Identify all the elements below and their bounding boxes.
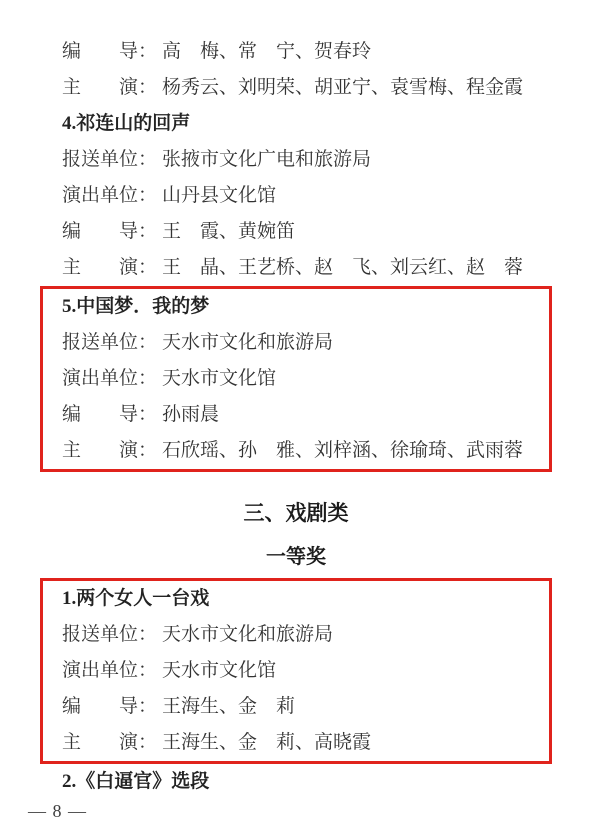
submit-unit-value: 天水市文化和旅游局 xyxy=(162,332,333,353)
submit-unit-row: 报送单位：张掖市文化广电和旅游局 xyxy=(40,142,552,178)
director-names: 孙雨晨 xyxy=(162,404,219,425)
entry-title: 4.祁连山的回声 xyxy=(40,106,552,142)
submit-unit-label: 报送单位： xyxy=(62,149,157,170)
document-page: 编 导：高 梅、常 宁、贺春玲 主 演：杨秀云、刘明荣、胡亚宁、袁雪梅、程金霞 … xyxy=(0,0,590,800)
cast-names: 杨秀云、刘明荣、胡亚宁、袁雪梅、程金霞 xyxy=(162,77,523,98)
section-heading: 三、戏剧类 xyxy=(40,498,552,528)
perform-unit-row: 演出单位：天水市文化馆 xyxy=(43,653,549,689)
director-names: 王 霞、黄婉笛 xyxy=(162,221,295,242)
cast-row: 主 演：石欣瑶、孙 雅、刘梓涵、徐瑜琦、武雨蓉 xyxy=(43,433,549,469)
entry-title: 2.《白逼官》选段 xyxy=(40,764,552,800)
submit-unit-label: 报送单位： xyxy=(62,624,157,645)
perform-unit-value: 山丹县文化馆 xyxy=(162,185,276,206)
director-label: 编 导： xyxy=(62,404,157,425)
highlight-box-entry-1: 1.两个女人一台戏 报送单位：天水市文化和旅游局 演出单位：天水市文化馆 编 导… xyxy=(40,578,552,764)
submit-unit-value: 天水市文化和旅游局 xyxy=(162,624,333,645)
perform-unit-row: 演出单位：天水市文化馆 xyxy=(43,361,549,397)
cast-names: 石欣瑶、孙 雅、刘梓涵、徐瑜琦、武雨蓉 xyxy=(162,440,523,461)
perform-unit-label: 演出单位： xyxy=(62,660,157,681)
cast-row: 主 演：王海生、金 莉、高晓霞 xyxy=(43,725,549,761)
entry-title: 1.两个女人一台戏 xyxy=(43,581,549,617)
submit-unit-value: 张掖市文化广电和旅游局 xyxy=(162,149,371,170)
perform-unit-label: 演出单位： xyxy=(62,368,157,389)
carryover-cast-row: 主 演：杨秀云、刘明荣、胡亚宁、袁雪梅、程金霞 xyxy=(40,70,552,106)
director-names: 高 梅、常 宁、贺春玲 xyxy=(162,41,371,62)
submit-unit-row: 报送单位：天水市文化和旅游局 xyxy=(43,325,549,361)
director-row: 编 导：王 霞、黄婉笛 xyxy=(40,214,552,250)
submit-unit-row: 报送单位：天水市文化和旅游局 xyxy=(43,617,549,653)
director-label: 编 导： xyxy=(62,221,157,242)
page-number: — 8 — xyxy=(28,801,87,822)
perform-unit-value: 天水市文化馆 xyxy=(162,368,276,389)
perform-unit-value: 天水市文化馆 xyxy=(162,660,276,681)
lead-cast-label: 主 演： xyxy=(62,77,157,98)
cast-names: 王 晶、王艺桥、赵 飞、刘云红、赵 蓉 xyxy=(162,257,523,278)
cast-row: 主 演：王 晶、王艺桥、赵 飞、刘云红、赵 蓉 xyxy=(40,250,552,286)
entry-title: 5.中国梦．我的梦 xyxy=(43,289,549,325)
lead-cast-label: 主 演： xyxy=(62,257,157,278)
director-names: 王海生、金 莉 xyxy=(162,696,295,717)
director-row: 编 导：王海生、金 莉 xyxy=(43,689,549,725)
lead-cast-label: 主 演： xyxy=(62,732,157,753)
cast-names: 王海生、金 莉、高晓霞 xyxy=(162,732,371,753)
director-row: 编 导：孙雨晨 xyxy=(43,397,549,433)
perform-unit-label: 演出单位： xyxy=(62,185,157,206)
perform-unit-row: 演出单位：山丹县文化馆 xyxy=(40,178,552,214)
scanned-document-page: { "colors": { "highlight_red": "#e0231c"… xyxy=(0,0,590,835)
submit-unit-label: 报送单位： xyxy=(62,332,157,353)
director-label: 编 导： xyxy=(62,41,157,62)
carryover-director-row: 编 导：高 梅、常 宁、贺春玲 xyxy=(40,34,552,70)
highlight-box-entry-5: 5.中国梦．我的梦 报送单位：天水市文化和旅游局 演出单位：天水市文化馆 编 导… xyxy=(40,286,552,472)
director-label: 编 导： xyxy=(62,696,157,717)
award-level-heading: 一等奖 xyxy=(40,542,552,572)
lead-cast-label: 主 演： xyxy=(62,440,157,461)
